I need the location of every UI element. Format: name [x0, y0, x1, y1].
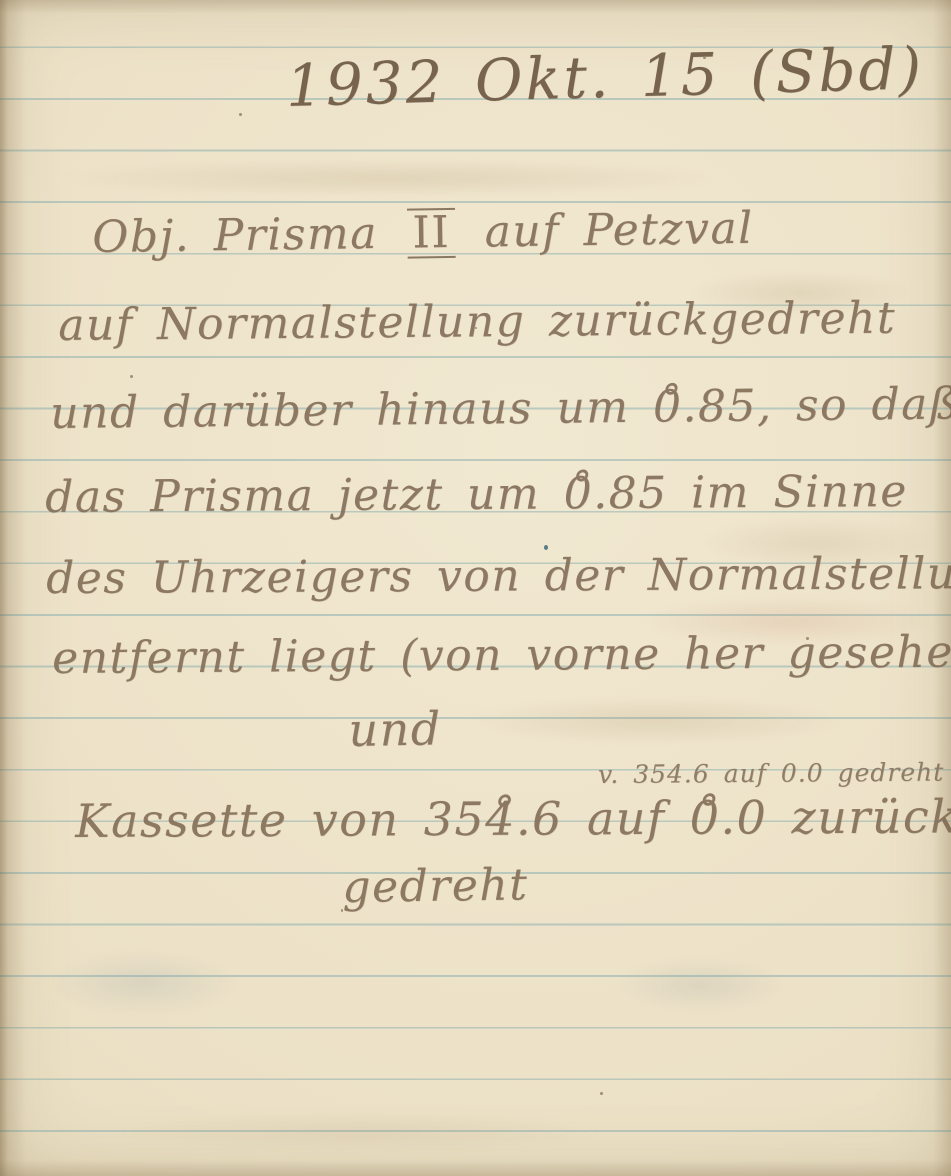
bleed-through-mark: [615, 958, 785, 1012]
paper-speck: [600, 1092, 603, 1095]
page-edge-shadow: [0, 0, 26, 1176]
handwritten-line: das Prisma jetzt um 0̊.85 im Sinne: [45, 466, 908, 523]
handwritten-line-objective: Obj. Prisma II auf Petzval: [92, 203, 754, 263]
roman-numeral: II: [407, 208, 455, 259]
line-text: Obj. Prisma: [92, 208, 402, 263]
handwritten-line: des Uhrzeigers von der Normalstellung: [46, 548, 951, 604]
handwritten-word-und: und: [348, 701, 442, 757]
bleed-through-mark: [120, 1112, 600, 1152]
notebook-page: 1932 Okt. 15 (Sbd) Obj. Prisma II auf Pe…: [0, 0, 951, 1176]
interline-annotation: v. 354.6 auf 0.0 gedreht: [598, 758, 944, 789]
handwritten-line: entfernt liegt (von vorne her gesehen): [52, 626, 951, 684]
paper-speck: [239, 113, 242, 116]
handwritten-line: auf Normalstellung zurückgedreht: [58, 293, 896, 351]
handwritten-line-kassette-continuation: gedreht: [342, 859, 529, 913]
bleed-through-mark: [60, 160, 720, 196]
page-edge-shadow: [933, 0, 951, 1176]
line-text: auf Petzval: [461, 203, 754, 258]
handwritten-line-kassette: Kassette von 354̊.6 auf 0̊.0 zurück.: [75, 789, 951, 848]
bleed-through-mark: [48, 952, 238, 1014]
paper-speck: [130, 375, 133, 378]
bleed-through-mark: [470, 698, 840, 744]
ink-dot: [544, 545, 548, 550]
handwritten-line: und darüber hinaus um 0̊.85, so daß: [50, 378, 951, 439]
page-edge-shadow: [0, 1160, 951, 1176]
page-edge-shadow: [0, 0, 951, 14]
